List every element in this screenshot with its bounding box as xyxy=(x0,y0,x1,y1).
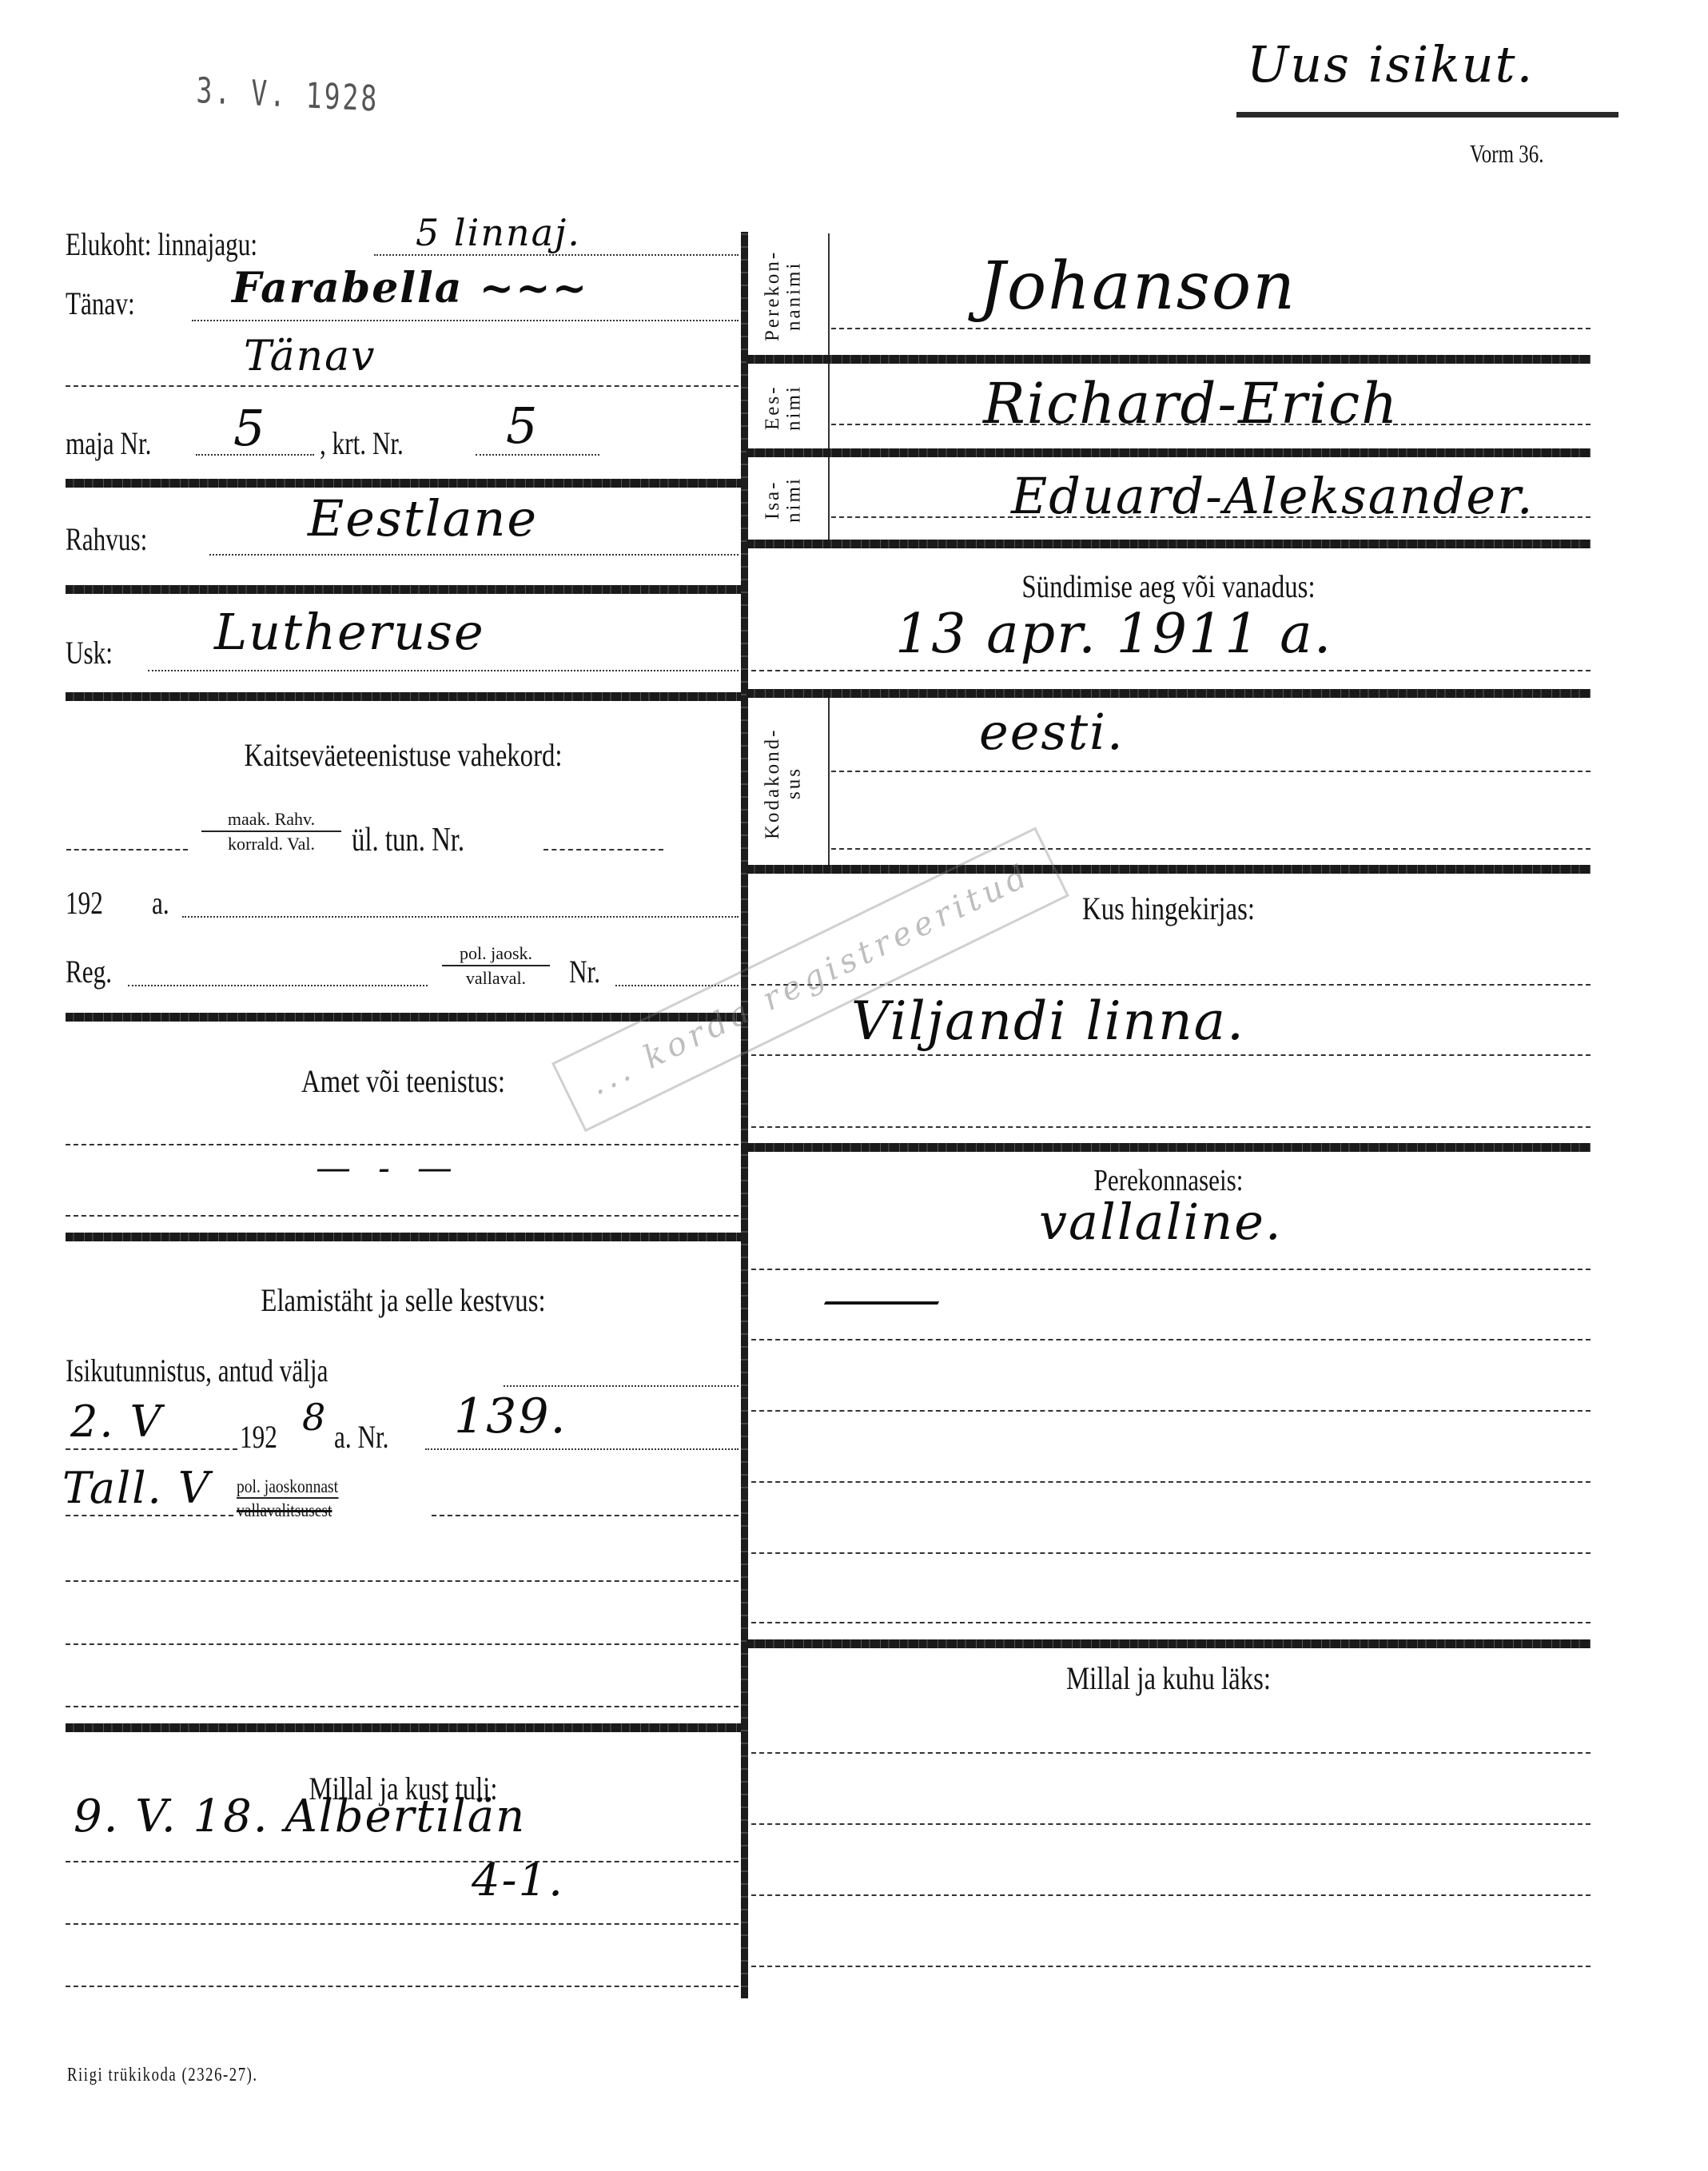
label-reg: Reg. xyxy=(66,956,112,988)
column-divider xyxy=(741,232,748,1998)
field-line xyxy=(751,1552,1591,1554)
value-id-number[interactable]: 139. xyxy=(454,1392,567,1440)
field-line xyxy=(66,849,188,850)
field-line xyxy=(504,1385,739,1387)
field-line xyxy=(831,328,1591,329)
field-line xyxy=(66,385,739,387)
label-elukoht-linnajagu: Elukoht: linnajagu: xyxy=(66,229,257,261)
fraction-top: maak. Rahv. xyxy=(201,809,341,832)
fraction-maak-korrald: maak. Rahv. korrald. Val. xyxy=(201,809,341,854)
section-rule xyxy=(747,355,1591,364)
label-citizenship: Kodakond- sus xyxy=(762,703,826,863)
label-maja-nr: maja Nr. xyxy=(66,428,151,460)
section-rule xyxy=(66,1723,741,1732)
value-occupation[interactable]: — - — xyxy=(316,1151,460,1186)
label-year-192: 192 xyxy=(240,1421,277,1453)
field-line xyxy=(751,1269,1591,1270)
field-line xyxy=(751,1126,1591,1128)
section-rule xyxy=(747,540,1591,548)
label-father-name: Isa- nimi xyxy=(762,462,826,537)
field-line xyxy=(425,1448,739,1450)
issuer-option-police: pol. jaoskonnast xyxy=(237,1477,338,1499)
section-title-departure: Millal ja kuhu läks: xyxy=(822,1663,1515,1695)
field-line xyxy=(66,1215,739,1217)
fraction-bottom: vallaval. xyxy=(442,966,550,988)
handwritten-note-new-id: Uus isikut. xyxy=(1247,40,1534,90)
label-isikutunnistus: Isikutunnistus, antud välja xyxy=(66,1355,328,1387)
issuer-option-municipality: vallavalitsusest xyxy=(237,1501,338,1520)
label-a: a. xyxy=(152,887,169,919)
value-parish-register[interactable]: Viljandi linna. xyxy=(851,995,1245,1048)
fraction-top: pol. jaosk. xyxy=(442,943,550,966)
handwritten-underline xyxy=(1236,112,1618,118)
label-tanav: Tänav: xyxy=(66,288,135,320)
label-divider-citizenship xyxy=(828,695,830,869)
field-line xyxy=(66,1923,739,1925)
date-stamp: 3. V. 1928 xyxy=(196,70,380,120)
field-line xyxy=(751,670,1591,671)
section-rule xyxy=(66,479,741,488)
value-tanav-line2[interactable]: Tänav xyxy=(244,336,376,377)
section-rule xyxy=(66,1233,741,1241)
value-marital-status[interactable]: vallaline. xyxy=(1039,1197,1283,1247)
value-maja-nr[interactable]: 5 xyxy=(233,404,266,453)
field-line xyxy=(751,1054,1591,1056)
field-line xyxy=(374,254,739,256)
value-arrival-line1[interactable]: 9. V. 18. Albertilän xyxy=(74,1795,526,1839)
field-line xyxy=(192,320,739,321)
section-rule xyxy=(747,689,1591,698)
field-line xyxy=(751,1481,1591,1483)
section-rule xyxy=(747,865,1591,874)
field-line xyxy=(751,1752,1591,1754)
field-line xyxy=(831,516,1591,518)
field-line xyxy=(66,1144,739,1145)
section-rule xyxy=(747,448,1591,457)
label-nr: Nr. xyxy=(569,956,600,988)
value-issue-date[interactable]: 2. V xyxy=(70,1400,163,1444)
section-rule xyxy=(66,692,741,701)
field-line xyxy=(831,848,1591,850)
value-father-name[interactable]: Eduard-Aleksander. xyxy=(1011,472,1535,521)
value-krt-nr[interactable]: 5 xyxy=(506,401,539,451)
field-line xyxy=(66,1515,233,1516)
printer-imprint: Riigi trükikoda (2326-27). xyxy=(67,2065,258,2085)
value-rahvus[interactable]: Eestlane xyxy=(308,494,538,544)
field-line xyxy=(751,1823,1591,1825)
field-line xyxy=(66,1580,739,1582)
fraction-pol-vallaval: pol. jaosk. vallaval. xyxy=(442,943,550,989)
label-a-nr: a. Nr. xyxy=(334,1421,388,1453)
field-line xyxy=(432,1515,739,1516)
field-line xyxy=(182,916,739,918)
field-line xyxy=(148,670,739,671)
field-line xyxy=(751,1339,1591,1340)
value-tanav-line1[interactable]: Farabella ~~~ xyxy=(232,268,588,309)
field-line xyxy=(209,554,739,556)
label-year-192: 192 xyxy=(66,887,103,919)
section-rule xyxy=(66,585,741,594)
section-title-military: Kaitseväeteenistuse vahekord: xyxy=(126,739,680,771)
value-usk[interactable]: Lutheruse xyxy=(214,607,485,657)
value-marital-extra-mark: — xyxy=(819,1276,948,1324)
field-line xyxy=(543,849,663,850)
value-issuer[interactable]: Tall. V xyxy=(62,1467,211,1510)
field-line xyxy=(66,1448,237,1450)
label-divider-names xyxy=(828,233,830,544)
label-usk: Usk: xyxy=(66,637,113,669)
field-line xyxy=(751,1410,1591,1412)
section-rule xyxy=(747,1639,1591,1648)
field-line xyxy=(66,1986,739,1987)
label-rahvus: Rahvus: xyxy=(66,524,147,556)
field-line xyxy=(66,1861,739,1862)
fraction-bottom: korrald. Val. xyxy=(201,832,341,854)
label-surname: Perekon- nanimi xyxy=(762,240,826,352)
section-title-marital-status: Perekonnaseis: xyxy=(822,1165,1515,1196)
field-line xyxy=(66,1643,739,1645)
field-line xyxy=(751,1966,1591,1967)
value-birth[interactable]: 13 apr. 1911 a. xyxy=(895,607,1332,662)
value-linnajagu[interactable]: 5 linnaj. xyxy=(416,214,581,251)
section-title-residence-permit: Elamistäht ja selle kestvus: xyxy=(126,1285,680,1317)
value-citizenship[interactable]: eesti. xyxy=(979,707,1125,757)
field-line xyxy=(66,1706,739,1707)
issuer-options: pol. jaoskonnast vallavalitsusest xyxy=(237,1477,356,1520)
value-arrival-line2[interactable]: 4-1. xyxy=(472,1858,564,1903)
value-year-digit[interactable]: 8 xyxy=(302,1399,327,1436)
field-line xyxy=(751,1894,1591,1896)
label-first-name: Ees- nimi xyxy=(762,369,826,446)
label-krt-nr: , krt. Nr. xyxy=(320,428,404,460)
field-line xyxy=(831,424,1591,425)
form-number: Vorm 36. xyxy=(1470,141,1543,166)
field-line xyxy=(128,985,428,986)
field-line xyxy=(831,771,1591,772)
field-line xyxy=(751,1622,1591,1623)
value-surname[interactable]: Johanson xyxy=(979,254,1296,320)
section-title-birth: Sündimise aeg või vanadus: xyxy=(822,571,1515,603)
label-ul-tun-nr: ül. tun. Nr. xyxy=(352,823,464,857)
section-rule xyxy=(747,1143,1591,1152)
